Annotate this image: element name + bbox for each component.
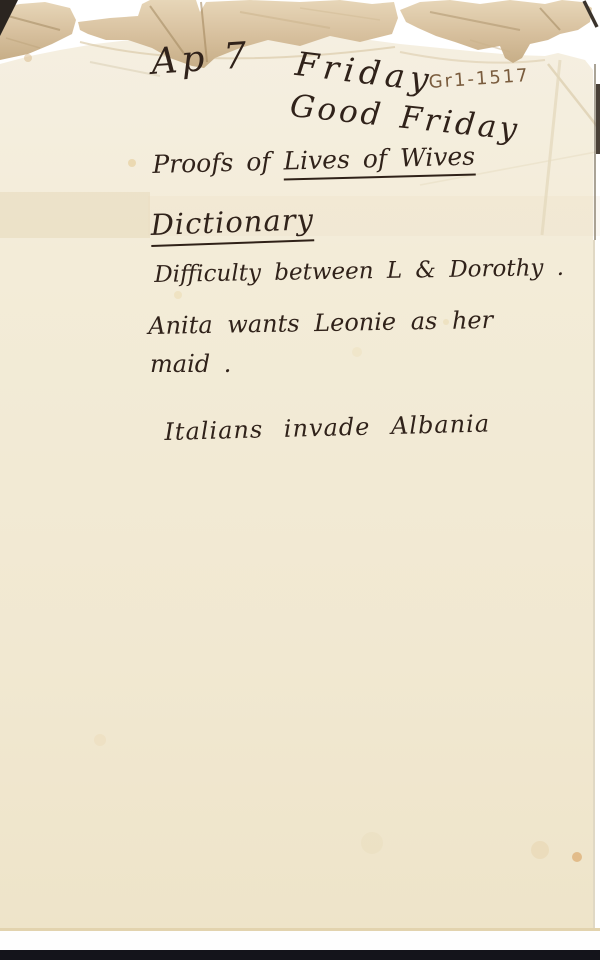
- note-maid: maid .: [150, 350, 231, 378]
- note-dictionary-text: Dictionary: [150, 202, 315, 247]
- note-italians: Italians invade Albania: [164, 409, 490, 446]
- note-dictionary: Dictionary: [150, 202, 314, 242]
- note-title-underlined: Lives of Wives: [283, 142, 475, 181]
- holiday-note: Good Friday: [288, 88, 521, 148]
- scanned-diary-page: Ap 7 Friday Good Friday Gr1-1517 Proofs …: [0, 0, 600, 960]
- archive-code: Gr1-1517: [428, 65, 530, 93]
- note-anita: Anita wants Leonie as her: [148, 306, 493, 340]
- note-difficulty: Difficulty between L & Dorothy .: [154, 255, 564, 288]
- handwriting-layer: Ap 7 Friday Good Friday Gr1-1517 Proofs …: [0, 0, 600, 960]
- note-proofs: Proofs of Lives of Wives: [152, 142, 475, 179]
- note-proofs-prefix: Proofs of: [152, 147, 284, 179]
- date-heading: Ap 7: [150, 35, 252, 83]
